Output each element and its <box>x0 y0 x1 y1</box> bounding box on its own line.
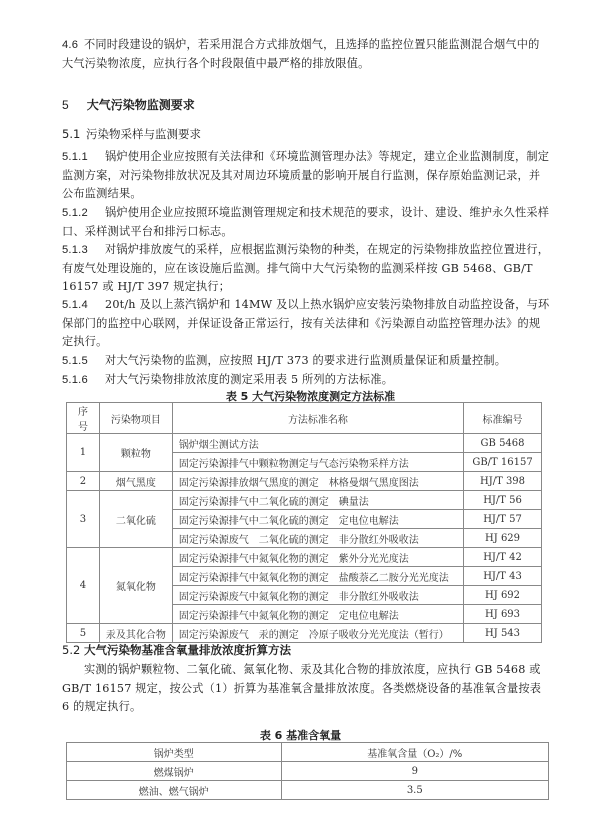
clause-number: 5.1.5 <box>62 352 105 371</box>
clause-number: 5.1.2 <box>62 204 105 223</box>
clause-5-1-1: 5.1.1锅炉使用企业应按照有关法律和《环境监测管理办法》等规定，建立企业监测制… <box>62 148 550 204</box>
clause-text: 锅炉使用企业应按照有关法律和《环境监测管理办法》等规定，建立企业监测制度，制定监… <box>62 150 549 200</box>
pollutant-item: 烟气黑度 <box>99 472 172 491</box>
section-number: 5 <box>62 98 69 112</box>
boiler-type: 燃煤锅炉 <box>67 762 282 781</box>
clause-number: 5.1.3 <box>62 241 105 260</box>
row-number: 1 <box>67 434 100 472</box>
table-row: 3 二氧化硫 固定污染源排气中二氧化硫的测定 碘量法 HJ/T 56 <box>67 491 542 510</box>
standard-code: HJ/T 43 <box>464 567 542 586</box>
header-cell: 标准编号 <box>464 403 542 434</box>
table-row: 1 颗粒物 锅炉烟尘测试方法 GB 5468 <box>67 434 542 453</box>
row-number: 2 <box>67 472 100 491</box>
clause-text: 对锅炉排放废气的采样，应根据监测污染物的种类，在规定的污染物排放监控位置进行，有… <box>62 243 549 293</box>
method-name: 固定污染源排气中氮氧化物的测定 紫外分光光度法 <box>172 548 463 567</box>
table-row: 4 氮氧化物 固定污染源排气中氮氧化物的测定 紫外分光光度法 HJ/T 42 <box>67 548 542 567</box>
table5: 序号 污染物项目 方法标准名称 标准编号 1 颗粒物 锅炉烟尘测试方法 GB 5… <box>66 402 542 643</box>
pollutant-item: 颗粒物 <box>99 434 172 472</box>
clause-text: 不同时段建设的锅炉，若采用混合方式排放烟气，且选择的监控位置只能监测混合烟气中的… <box>62 38 540 70</box>
standard-code: HJ/T 56 <box>464 491 542 510</box>
clause-5-1-3: 5.1.3对锅炉排放废气的采样，应根据监测污染物的种类，在规定的污染物排放监控位… <box>62 241 550 297</box>
method-name: 固定污染源排气中氮氧化物的测定 盐酸萘乙二胺分光光度法 <box>172 567 463 586</box>
boiler-type: 燃油、燃气锅炉 <box>67 781 282 800</box>
table6-caption: 表 6 基准含氧量 <box>0 727 607 743</box>
method-name: 固定污染源排气中二氧化硫的测定 碘量法 <box>172 491 463 510</box>
table-header-row: 序号 污染物项目 方法标准名称 标准编号 <box>67 403 542 434</box>
method-name: 固定污染源废气 二氧化硫的测定 非分散红外吸收法 <box>172 529 463 548</box>
row-number: 4 <box>67 548 100 624</box>
standard-code: HJ 693 <box>464 605 542 624</box>
clause-number: 5.1.4 <box>62 296 105 315</box>
section-title: 大气污染物监测要求 <box>87 98 195 112</box>
table6: 锅炉类型 基准氧含量（O₂）/% 燃煤锅炉 9 燃油、燃气锅炉 3.5 <box>66 742 549 800</box>
section-heading-5-1: 5.1污染物采样与监测要求 <box>62 126 201 142</box>
section-number: 5.1 <box>62 127 86 141</box>
standard-code: HJ 692 <box>464 586 542 605</box>
standard-code: GB/T 16157 <box>464 453 542 472</box>
method-name: 固定污染源废气中氮氧化物的测定 非分散红外吸收法 <box>172 586 463 605</box>
header-cell: 基准氧含量（O₂）/% <box>281 743 548 762</box>
header-cell: 序号 <box>67 403 100 434</box>
oxygen-value: 9 <box>281 762 548 781</box>
oxygen-value: 3.5 <box>281 781 548 800</box>
section-title: 污染物采样与监测要求 <box>86 127 201 141</box>
standard-code: HJ/T 398 <box>464 472 542 491</box>
clause-5-1-2: 5.1.2锅炉使用企业应按照环境监测管理规定和技术规范的要求，设计、建设、维护永… <box>62 204 550 241</box>
table-row: 2 烟气黑度 固定污染源排放烟气黑度的测定 林格曼烟气黑度图法 HJ/T 398 <box>67 472 542 491</box>
header-cell: 方法标准名称 <box>172 403 463 434</box>
row-number: 3 <box>67 491 100 548</box>
paragraph-5-2: 实测的锅炉颗粒物、二氧化硫、氮氧化物、汞及其化合物的排放浓度，应执行 GB 54… <box>62 661 550 717</box>
section-heading-5: 5大气污染物监测要求 <box>62 96 195 113</box>
standard-code: HJ 629 <box>464 529 542 548</box>
row-number: 5 <box>67 624 100 643</box>
section-heading-5-2: 5.2大气污染物基准含氧量排放浓度折算方法 <box>62 642 291 658</box>
standard-code: HJ 543 <box>464 624 542 643</box>
table-row: 燃煤锅炉 9 <box>67 762 549 781</box>
standard-code: GB 5468 <box>464 434 542 453</box>
method-name: 固定污染源排气中二氧化硫的测定 定电位电解法 <box>172 510 463 529</box>
section-number: 5.2 <box>62 643 84 657</box>
standard-code: HJ/T 57 <box>464 510 542 529</box>
clause-5-1-5: 5.1.5对大气污染物的监测，应按照 HJ/T 373 的要求进行监测质量保证和… <box>62 352 550 371</box>
clause-text: 锅炉使用企业应按照环境监测管理规定和技术规范的要求，设计、建设、维护永久性采样口… <box>62 206 549 238</box>
method-name: 固定污染源排气中颗粒物测定与气态污染物采样方法 <box>172 453 463 472</box>
clause-5-1-4: 5.1.420t/h 及以上蒸汽锅炉和 14MW 及以上热水锅炉应安装污染物排放… <box>62 296 550 352</box>
method-name: 固定污染源排气中氮氧化物的测定 定电位电解法 <box>172 605 463 624</box>
pollutant-item: 氮氧化物 <box>99 548 172 624</box>
clause-5-1-6: 5.1.6对大气污染物排放浓度的测定采用表 5 所列的方法标准。 <box>62 371 550 390</box>
table-header-row: 锅炉类型 基准氧含量（O₂）/% <box>67 743 549 762</box>
clause-text: 对大气污染物排放浓度的测定采用表 5 所列的方法标准。 <box>105 373 393 386</box>
clause-number: 4.6 <box>62 36 84 55</box>
pollutant-item: 汞及其化合物 <box>99 624 172 643</box>
header-cell: 污染物项目 <box>99 403 172 434</box>
table-row: 燃油、燃气锅炉 3.5 <box>67 781 549 800</box>
clause-text: 对大气污染物的监测，应按照 HJ/T 373 的要求进行监测质量保证和质量控制。 <box>105 354 506 367</box>
method-name: 锅炉烟尘测试方法 <box>172 434 463 453</box>
clause-number: 5.1.1 <box>62 148 105 167</box>
section-title: 大气污染物基准含氧量排放浓度折算方法 <box>84 643 291 657</box>
table-row: 5 汞及其化合物 固定污染源废气 汞的测定 冷原子吸收分光光度法（暂行） HJ … <box>67 624 542 643</box>
clause-4-6: 4.6不同时段建设的锅炉，若采用混合方式排放烟气，且选择的监控位置只能监测混合烟… <box>62 36 550 73</box>
method-name: 固定污染源排放烟气黑度的测定 林格曼烟气黑度图法 <box>172 472 463 491</box>
clause-number: 5.1.6 <box>62 371 105 390</box>
pollutant-item: 二氧化硫 <box>99 491 172 548</box>
method-name: 固定污染源废气 汞的测定 冷原子吸收分光光度法（暂行） <box>172 624 463 643</box>
standard-code: HJ/T 42 <box>464 548 542 567</box>
header-cell: 锅炉类型 <box>67 743 282 762</box>
clause-text: 20t/h 及以上蒸汽锅炉和 14MW 及以上热水锅炉应安装污染物排放自动监控设… <box>62 298 549 348</box>
